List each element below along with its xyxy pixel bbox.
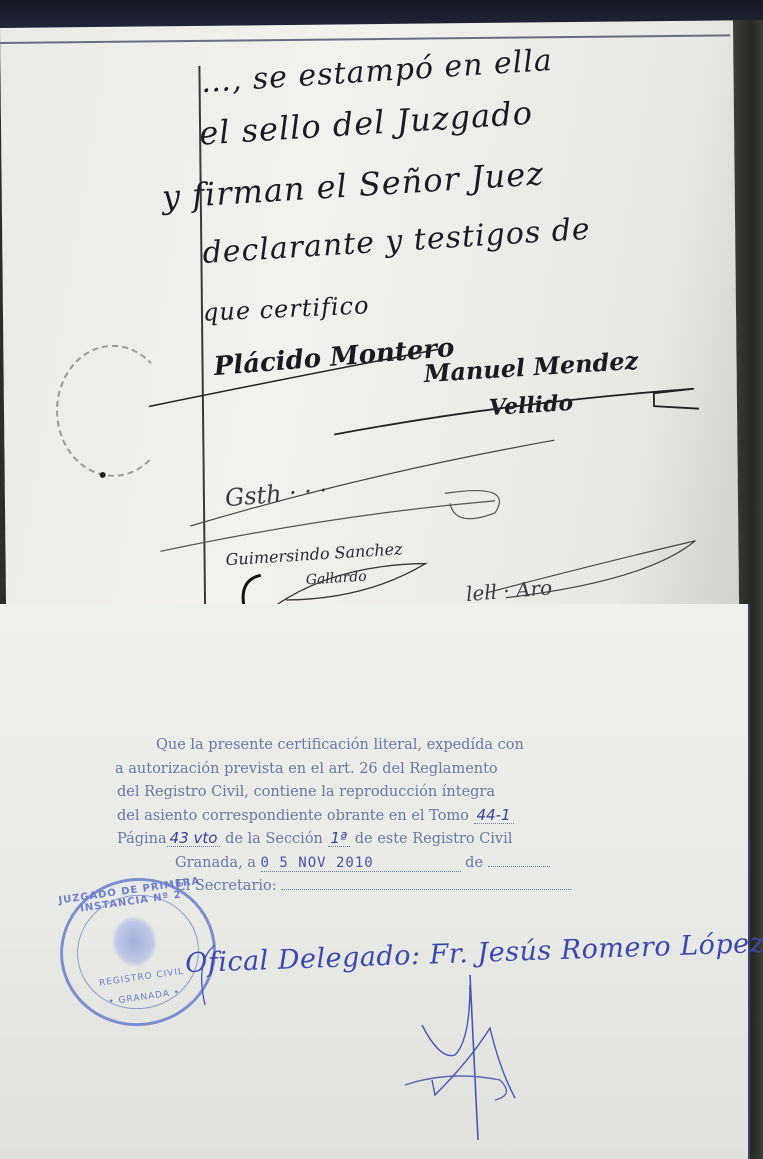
blue-ink-flourish	[0, 0, 763, 1159]
